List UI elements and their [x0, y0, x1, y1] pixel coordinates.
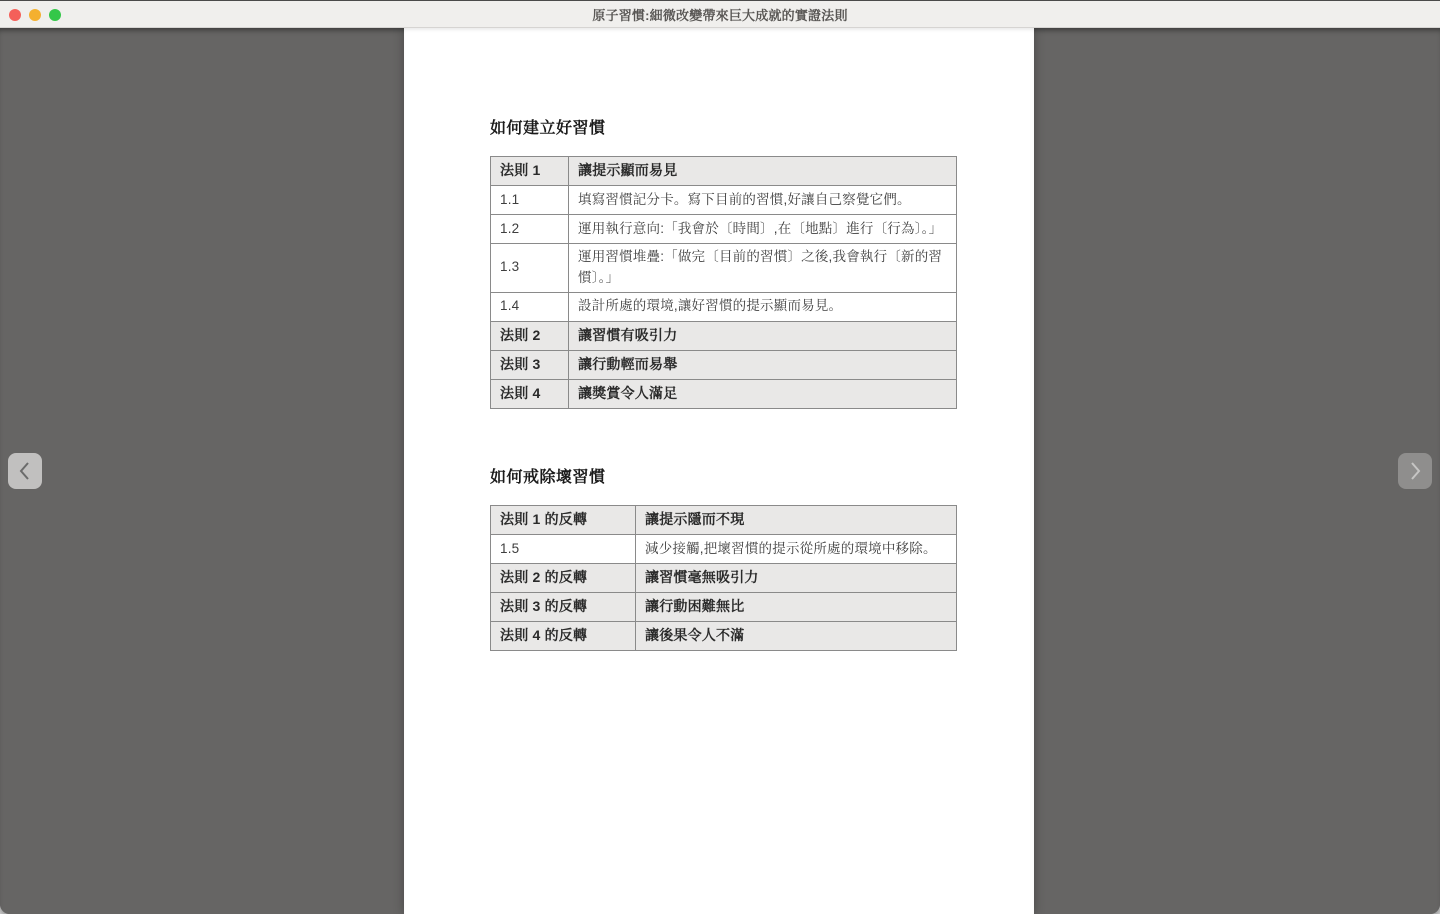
table-row: 法則 1 的反轉 讓提示隱而不現 — [491, 506, 957, 535]
table-row: 法則 3 讓行動輕而易舉 — [491, 350, 957, 379]
table-row: 1.1 填寫習慣記分卡。寫下目前的習慣,好讓自己察覺它們。 — [491, 186, 957, 215]
book-page: 如何建立好習慣 法則 1 讓提示顯而易見 1.1 填寫習慣記分卡。寫下目前的習慣… — [404, 28, 1034, 914]
rule-text-cell: 填寫習慣記分卡。寫下目前的習慣,好讓自己察覺它們。 — [569, 186, 957, 215]
table-row: 1.2 運用執行意向:「我會於〔時間〕,在〔地點〕進行〔行為〕。」 — [491, 215, 957, 244]
table-row: 法則 4 讓獎賞令人滿足 — [491, 379, 957, 408]
rule-text-cell: 讓行動困難無比 — [636, 593, 957, 622]
table-row: 1.5 減少接觸,把壞習慣的提示從所處的環境中移除。 — [491, 535, 957, 564]
section-heading-break-habits: 如何戒除壞習慣 — [490, 470, 606, 486]
rule-label-cell: 法則 1 — [491, 157, 569, 186]
traffic-lights — [9, 1, 61, 28]
rule-text-cell: 讓後果令人不滿 — [636, 622, 957, 651]
previous-page-button[interactable] — [8, 453, 42, 489]
rule-label-cell: 法則 4 的反轉 — [491, 622, 636, 651]
table-row: 法則 2 讓習慣有吸引力 — [491, 321, 957, 350]
rule-label-cell: 法則 3 — [491, 350, 569, 379]
next-page-button[interactable] — [1398, 453, 1432, 489]
rule-label-cell: 1.3 — [491, 244, 569, 293]
rule-label-cell: 法則 4 — [491, 379, 569, 408]
rule-text-cell: 運用習慣堆疊:「做完〔目前的習慣〕之後,我會執行〔新的習慣〕。」 — [569, 244, 957, 293]
break-habits-table: 法則 1 的反轉 讓提示隱而不現 1.5 減少接觸,把壞習慣的提示從所處的環境中… — [490, 505, 957, 651]
rule-label-cell: 1.5 — [491, 535, 636, 564]
table-row: 法則 2 的反轉 讓習慣毫無吸引力 — [491, 564, 957, 593]
rule-text-cell: 讓提示顯而易見 — [569, 157, 957, 186]
rule-text-cell: 讓習慣毫無吸引力 — [636, 564, 957, 593]
table-row: 法則 4 的反轉 讓後果令人不滿 — [491, 622, 957, 651]
minimize-button[interactable] — [29, 9, 41, 21]
rule-label-cell: 法則 1 的反轉 — [491, 506, 636, 535]
rule-label-cell: 1.4 — [491, 292, 569, 321]
window-title: 原子習慣:細微改變帶來巨大成就的實證法則 — [592, 5, 847, 24]
zoom-button[interactable] — [49, 9, 61, 21]
table-row: 法則 1 讓提示顯而易見 — [491, 157, 957, 186]
build-habits-table: 法則 1 讓提示顯而易見 1.1 填寫習慣記分卡。寫下目前的習慣,好讓自己察覺它… — [490, 156, 957, 409]
close-button[interactable] — [9, 9, 21, 21]
rule-text-cell: 讓獎賞令人滿足 — [569, 379, 957, 408]
titlebar: 原子習慣:細微改變帶來巨大成就的實證法則 — [0, 0, 1440, 28]
rule-label-cell: 1.1 — [491, 186, 569, 215]
table-row: 1.4 設計所處的環境,讓好習慣的提示顯而易見。 — [491, 292, 957, 321]
chevron-left-icon — [15, 459, 35, 483]
reading-area: 如何建立好習慣 法則 1 讓提示顯而易見 1.1 填寫習慣記分卡。寫下目前的習慣… — [0, 28, 1440, 914]
rule-text-cell: 運用執行意向:「我會於〔時間〕,在〔地點〕進行〔行為〕。」 — [569, 215, 957, 244]
rule-label-cell: 法則 2 的反轉 — [491, 564, 636, 593]
table-row: 1.3 運用習慣堆疊:「做完〔目前的習慣〕之後,我會執行〔新的習慣〕。」 — [491, 244, 957, 293]
rule-text-cell: 讓行動輕而易舉 — [569, 350, 957, 379]
section-heading-build-habits: 如何建立好習慣 — [490, 121, 606, 137]
rule-text-cell: 減少接觸,把壞習慣的提示從所處的環境中移除。 — [636, 535, 957, 564]
rule-label-cell: 法則 3 的反轉 — [491, 593, 636, 622]
chevron-right-icon — [1405, 459, 1425, 483]
rule-label-cell: 1.2 — [491, 215, 569, 244]
rule-text-cell: 讓提示隱而不現 — [636, 506, 957, 535]
rule-text-cell: 讓習慣有吸引力 — [569, 321, 957, 350]
reader-window: 原子習慣:細微改變帶來巨大成就的實證法則 如何建立好習慣 法則 1 讓提示顯而易… — [0, 0, 1440, 914]
rule-label-cell: 法則 2 — [491, 321, 569, 350]
rule-text-cell: 設計所處的環境,讓好習慣的提示顯而易見。 — [569, 292, 957, 321]
table-row: 法則 3 的反轉 讓行動困難無比 — [491, 593, 957, 622]
